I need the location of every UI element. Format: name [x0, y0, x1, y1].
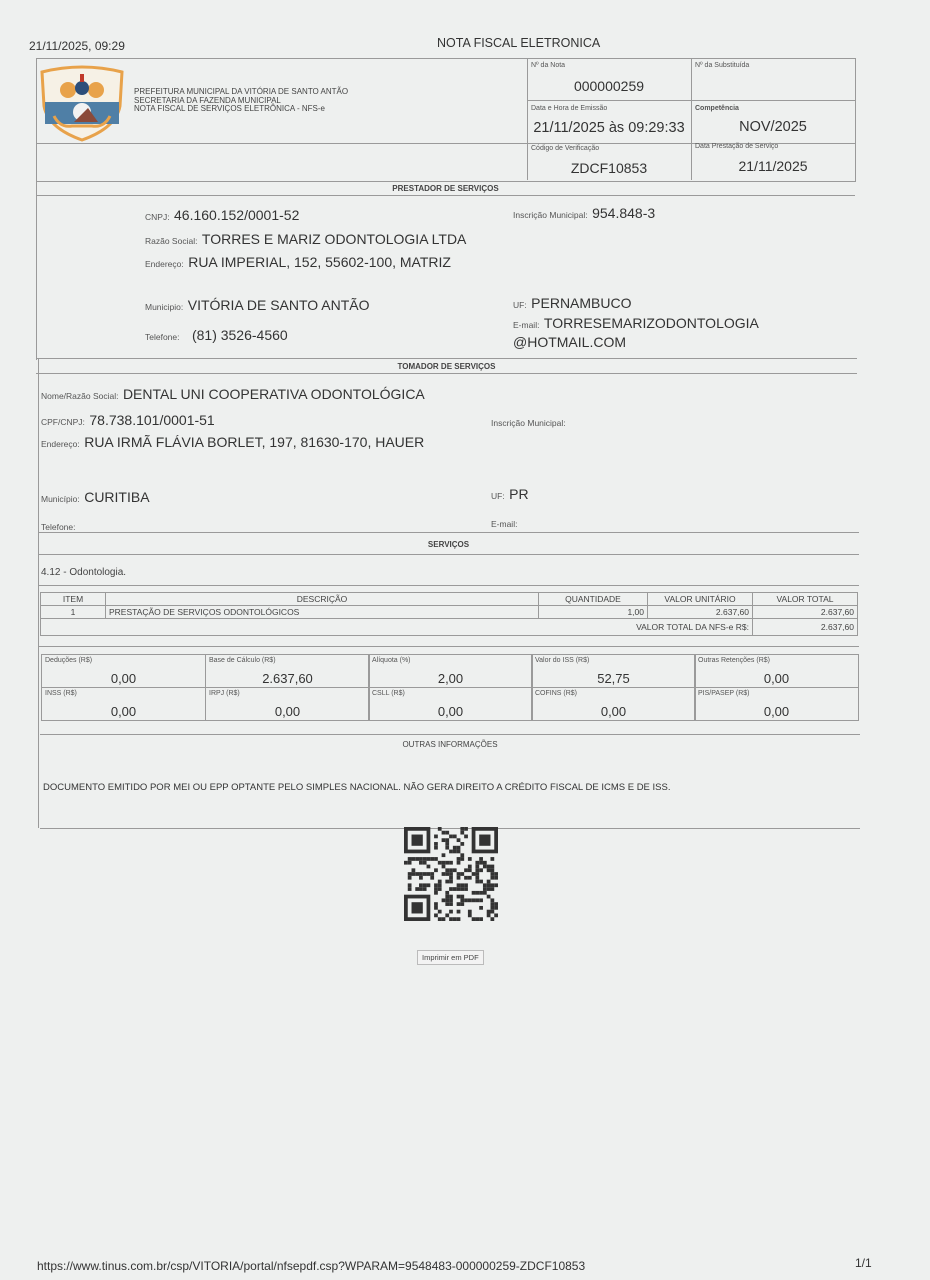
tax-label: Valor do ISS (R$)	[535, 657, 589, 664]
tomador-cpf: CPF/CNPJ: 78.738.101/0001-51	[41, 412, 215, 430]
coat-of-arms-icon	[38, 64, 126, 142]
prestador-email: E-mail: TORRESEMARIZODONTOLOGIA @HOTMAIL…	[513, 315, 759, 351]
emissao-label: Data e Hora de Emissão	[531, 105, 607, 112]
prestador-endereco: Endereço: RUA IMPERIAL, 152, 55602-100, …	[145, 254, 451, 272]
tax-cell: PIS/PASEP (R$)0,00	[694, 687, 859, 721]
services-table: ITEM DESCRIÇÃO QUANTIDADE VALOR UNITÁRIO…	[40, 592, 858, 636]
tax-label: IRPJ (R$)	[209, 690, 240, 697]
tomador-nome: Nome/Razão Social: DENTAL UNI COOPERATIV…	[41, 386, 425, 404]
codigo-verificacao: ZDCF10853	[527, 160, 691, 176]
col-descricao: DESCRIÇÃO	[106, 593, 539, 606]
issuer-header: PREFEITURA MUNICIPAL DA VITÓRIA DE SANTO…	[134, 88, 348, 114]
row-descricao: PRESTAÇÃO DE SERVIÇOS ODONTOLÓGICOS	[106, 606, 539, 619]
tax-label: COFINS (R$)	[535, 690, 577, 697]
tomador-municipio: Município: CURITIBA	[41, 489, 150, 507]
col-item: ITEM	[41, 593, 106, 606]
numero-nota: 000000259	[527, 78, 691, 94]
servicos-title: SERVIÇOS	[38, 540, 859, 549]
competencia-label: Competência	[695, 105, 739, 112]
print-date: 21/11/2025, 09:29	[29, 39, 125, 53]
col-valor-total: VALOR TOTAL	[753, 593, 858, 606]
tax-value: 0,00	[42, 671, 205, 686]
verificacao-label: Código de Verificação	[531, 145, 599, 152]
tax-value: 0,00	[532, 704, 695, 719]
tax-value: 0,00	[695, 704, 858, 719]
tax-cell: INSS (R$)0,00	[41, 687, 206, 721]
tomador-endereco: Endereço: RUA IRMÃ FLÁVIA BORLET, 197, 8…	[41, 434, 424, 452]
row-quantidade: 1,00	[539, 606, 648, 619]
page-number: 1/1	[855, 1256, 872, 1270]
tomador-email: E-mail:	[491, 514, 517, 532]
prestador-title: PRESTADOR DE SERVIÇOS	[36, 184, 855, 193]
col-quantidade: QUANTIDADE	[539, 593, 648, 606]
outras-text: DOCUMENTO EMITIDO POR MEI OU EPP OPTANTE…	[43, 782, 670, 793]
tax-cell: COFINS (R$)0,00	[531, 687, 696, 721]
tax-value: 2,00	[369, 671, 532, 686]
prestacao-label: Data Prestação de Serviço	[695, 143, 778, 150]
data-emissao: 21/11/2025 às 09:29:33	[527, 120, 691, 136]
total-label: VALOR TOTAL DA NFS-e R$:	[41, 619, 753, 636]
data-prestacao: 21/11/2025	[691, 158, 855, 174]
table-row: 1 PRESTAÇÃO DE SERVIÇOS ODONTOLÓGICOS 1,…	[41, 606, 858, 619]
tomador-uf: UF: PR	[491, 486, 529, 504]
tax-label: Base de Cálculo (R$)	[209, 657, 276, 664]
tax-label: Alíquota (%)	[372, 657, 411, 664]
tax-label: Outras Retenções (R$)	[698, 657, 770, 664]
row-total: 2.637,60	[753, 606, 858, 619]
qr-code-icon	[404, 827, 498, 921]
total-row: VALOR TOTAL DA NFS-e R$: 2.637,60	[41, 619, 858, 636]
tax-cell: Deduções (R$)0,00	[41, 654, 206, 688]
tax-value: 0,00	[206, 704, 369, 719]
tomador-title: TOMADOR DE SERVIÇOS	[36, 362, 857, 371]
prestador-cnpj: CNPJ: 46.160.152/0001-52	[145, 207, 299, 225]
tax-value: 2.637,60	[206, 671, 369, 686]
prestador-municipio: Municipio: VITÓRIA DE SANTO ANTÃO	[145, 297, 370, 315]
document-title: NOTA FISCAL ELETRONICA	[437, 36, 600, 50]
tax-value: 52,75	[532, 671, 695, 686]
row-unitario: 2.637,60	[648, 606, 753, 619]
tax-cell: CSLL (R$)0,00	[368, 687, 533, 721]
tax-label: CSLL (R$)	[372, 690, 405, 697]
tomador-inscricao: Inscrição Municipal:	[491, 413, 566, 431]
outras-title: OUTRAS INFORMAÇÕES	[40, 740, 860, 749]
tax-label: INSS (R$)	[45, 690, 77, 697]
print-pdf-button[interactable]: Imprimir em PDF	[417, 950, 484, 965]
prestador-uf: UF: PERNAMBUCO	[513, 295, 632, 313]
tax-cell: Valor do ISS (R$)52,75	[531, 654, 696, 688]
col-valor-unitario: VALOR UNITÁRIO	[648, 593, 753, 606]
table-header: ITEM DESCRIÇÃO QUANTIDADE VALOR UNITÁRIO…	[41, 593, 858, 606]
tax-value: 0,00	[369, 704, 532, 719]
competencia: NOV/2025	[691, 119, 855, 135]
tax-value: 0,00	[695, 671, 858, 686]
tax-label: PIS/PASEP (R$)	[698, 690, 749, 697]
footer-url: https://www.tinus.com.br/csp/VITORIA/por…	[37, 1259, 585, 1273]
tax-cell: Base de Cálculo (R$)2.637,60	[205, 654, 370, 688]
prestador-inscricao: Inscrição Municipal: 954.848-3	[513, 205, 655, 223]
tax-cell: Alíquota (%)2,00	[368, 654, 533, 688]
substituida-label: Nº da Substituída	[695, 62, 749, 69]
row-item: 1	[41, 606, 106, 619]
total-value: 2.637,60	[753, 619, 858, 636]
tax-cell: Outras Retenções (R$)0,00	[694, 654, 859, 688]
tax-label: Deduções (R$)	[45, 657, 92, 664]
issuer-line: NOTA FISCAL DE SERVIÇOS ELETRÔNICA - NFS…	[134, 105, 348, 114]
prestador-razao: Razão Social: TORRES E MARIZ ODONTOLOGIA…	[145, 231, 466, 249]
servico-codigo: 4.12 - Odontologia.	[41, 567, 126, 578]
numero-label: Nº da Nota	[531, 62, 565, 69]
tax-value: 0,00	[42, 704, 205, 719]
prestador-telefone: Telefone: (81) 3526-4560	[145, 327, 288, 345]
tax-cell: IRPJ (R$)0,00	[205, 687, 370, 721]
